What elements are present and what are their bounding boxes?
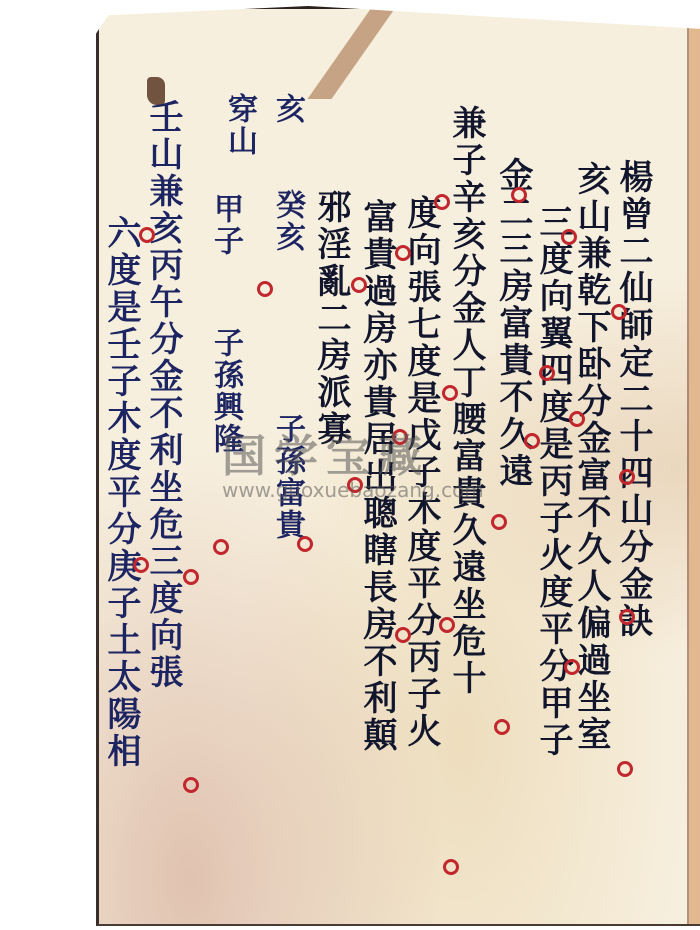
punctuation-circle [619, 609, 635, 625]
punctuation-circle [297, 536, 313, 552]
watermark-logo-text: 国学宝藏 [222, 420, 430, 484]
punctuation-circle [561, 229, 577, 245]
punctuation-circle [442, 385, 458, 401]
punctuation-circle [213, 539, 229, 555]
text-column-10-mid: 甲子 [203, 193, 247, 257]
text-column-9-top: 亥 [265, 93, 309, 125]
page-edge-strip [689, 9, 700, 924]
punctuation-circle [619, 469, 635, 485]
punctuation-circle [564, 659, 580, 675]
punctuation-circle [351, 277, 367, 293]
punctuation-circle [491, 514, 507, 530]
punctuation-circle [395, 245, 411, 261]
text-column-9-mid: 癸亥 [265, 189, 309, 253]
punctuation-circle [257, 281, 273, 297]
fold-line [687, 9, 689, 924]
punctuation-circle [611, 304, 627, 320]
paper-stain [307, 9, 394, 99]
punctuation-circle [133, 557, 149, 573]
watermark-url: www.guoxuebaozang.com [222, 478, 484, 502]
text-column-3: 三度向翼四度是丙子火度平分甲子 [531, 204, 575, 759]
punctuation-circle [183, 569, 199, 585]
punctuation-circle [511, 187, 527, 203]
punctuation-circle [443, 859, 459, 875]
text-column-5: 兼子辛亥分金人丁腰富貴久遠坐危十 [444, 105, 488, 697]
punctuation-circle [539, 365, 555, 381]
punctuation-circle [439, 617, 455, 633]
text-column-8: 邪淫亂二房派寡 [309, 189, 353, 448]
punctuation-circle [395, 627, 411, 643]
text-column-12: 六度是壬子木度平分庚子土太陽相 [99, 215, 143, 770]
punctuation-circle [434, 194, 450, 210]
punctuation-circle [139, 227, 155, 243]
punctuation-circle [617, 761, 633, 777]
punctuation-circle [183, 777, 199, 793]
punctuation-circle [524, 433, 540, 449]
punctuation-circle [494, 719, 510, 735]
text-column-10-top: 穿山 [217, 93, 261, 157]
text-column-11: 壬山兼亥丙午分金不利坐危三度向張 [141, 99, 185, 691]
text-column-1: 楊曾二仙師定二十四山分金訣 [611, 159, 655, 640]
punctuation-circle [569, 411, 585, 427]
